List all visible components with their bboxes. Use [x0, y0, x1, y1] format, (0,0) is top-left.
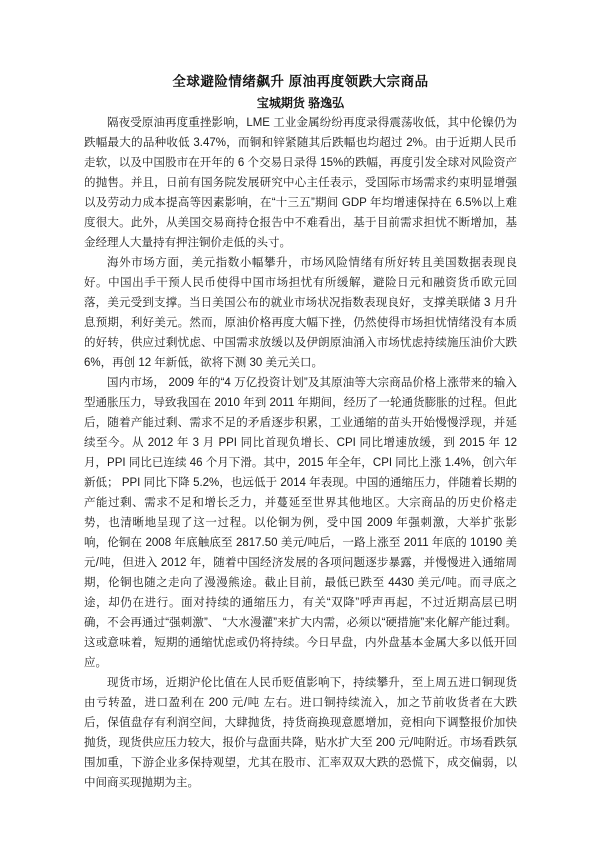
document-page: 全球避险情绪飙升 原油再度领跌大宗商品 宝城期货 骆逸弘 隔夜受原油再度重挫影响…	[0, 0, 595, 842]
document-byline: 宝城期货 骆逸弘	[84, 94, 517, 113]
document-title: 全球避险情绪飙升 原油再度领跌大宗商品	[84, 71, 517, 92]
document-body: 隔夜受原油再度重挫影响，LME 工业金属纷纷再度录得震荡收低，其中伦镍仍为跌幅最…	[84, 113, 517, 793]
paragraph-overseas-markets: 海外市场方面，美元指数小幅攀升，市场风险情绪有所好转且美国数据表现良好。中国出手…	[84, 253, 517, 373]
paragraph-overnight-markets: 隔夜受原油再度重挫影响，LME 工业金属纷纷再度录得震荡收低，其中伦镍仍为跌幅最…	[84, 113, 517, 253]
paragraph-spot-markets: 现货市场，近期沪伦比值在人民币贬值影响下，持续攀升，至上周五进口铜现货由亏转盈，…	[84, 673, 517, 793]
paragraph-domestic-markets: 国内市场， 2009 年的“4 万亿投资计划”及其原油等大宗商品价格上涨带来的输…	[84, 373, 517, 673]
